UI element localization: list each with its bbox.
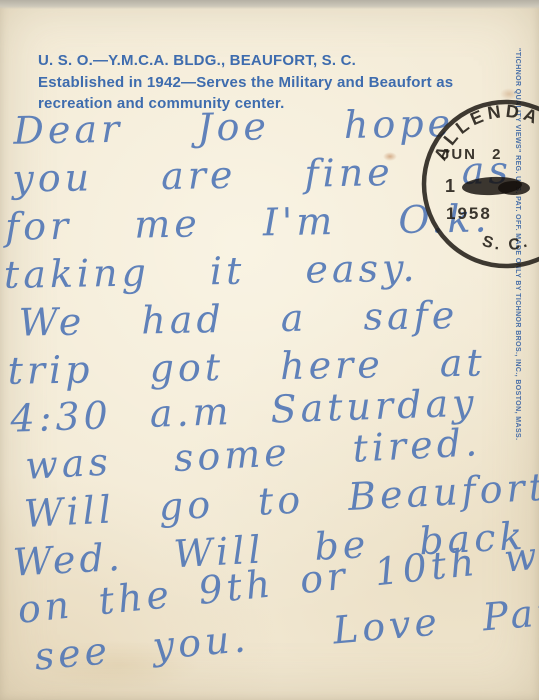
postmark-year: 1958: [446, 204, 492, 223]
postmark-smudge: [498, 181, 530, 195]
postcard-back: U. S. O.—Y.M.C.A. BLDG., BEAUFORT, S. C.…: [0, 0, 539, 700]
postmark-state: S. C.: [480, 233, 532, 254]
caption-title: U. S. O.—Y.M.C.A. BLDG., BEAUFORT, S. C.: [38, 50, 453, 72]
caption-line-2: Established in 1942—Serves the Military …: [38, 72, 453, 94]
postmark-date: JUN 2: [441, 146, 503, 163]
postcard-scan: { "header": { "line1": "U. S. O.—Y.M.C.A…: [0, 0, 539, 700]
postmark-stamp: ALLENDALE JUN 2 1 1958 S. C.: [414, 92, 539, 276]
svg-text:S. C.: S. C.: [480, 233, 532, 254]
postmark-hour: 1: [445, 176, 455, 196]
scan-top-edge: [0, 0, 539, 9]
